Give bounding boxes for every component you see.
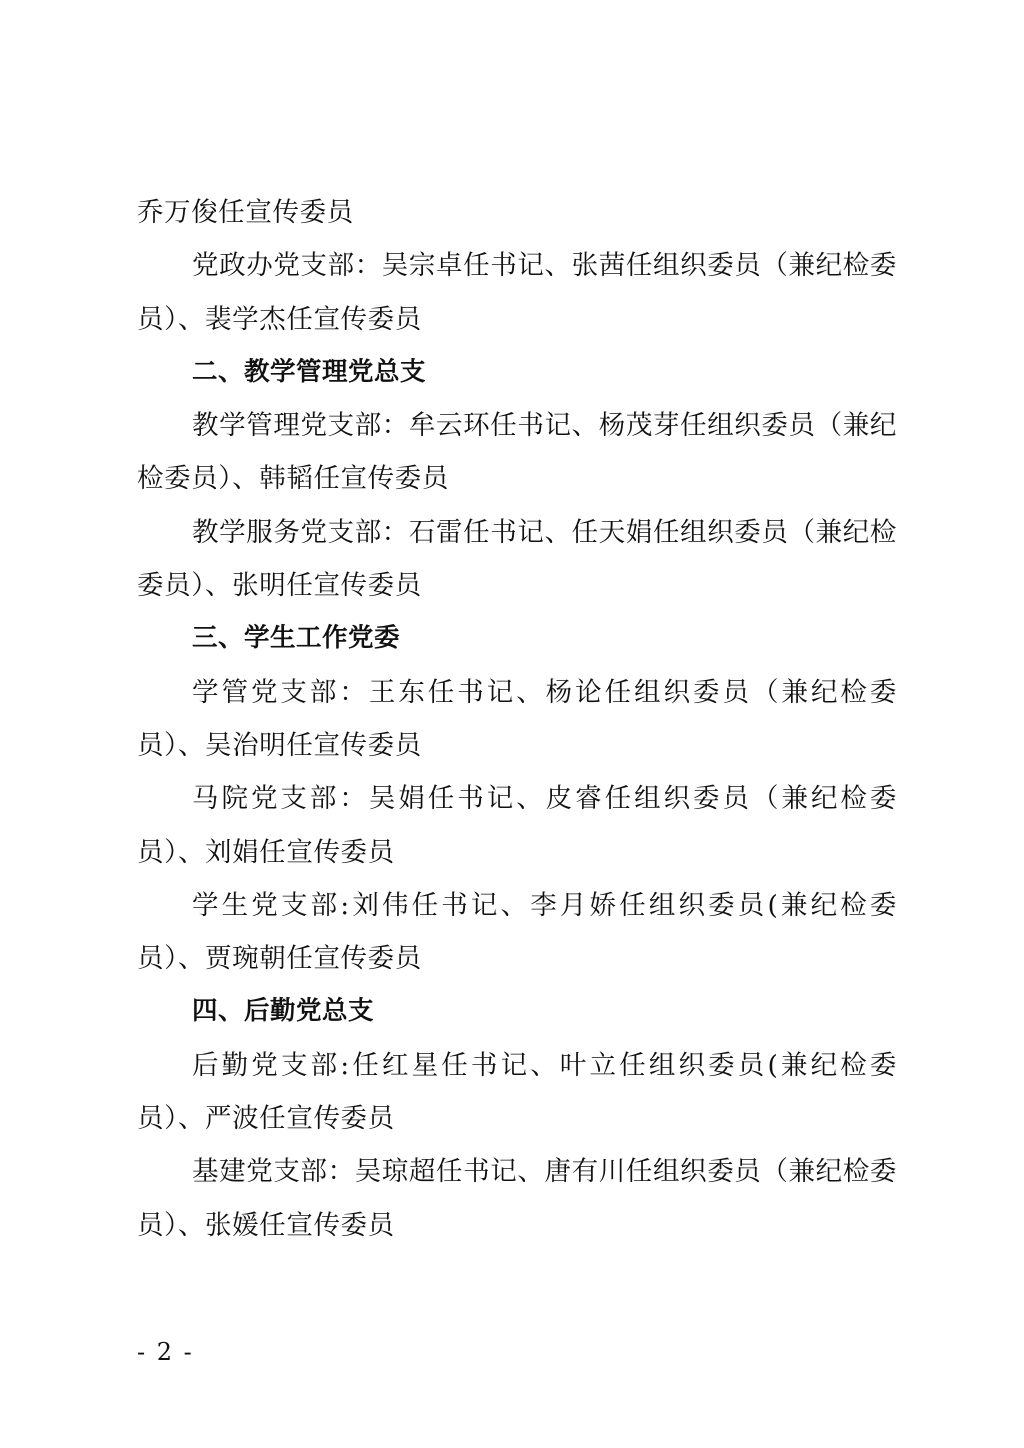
paragraph-xueguan-branch: 学管党支部：王东任书记、杨论任组织委员（兼纪检委员）、吴治明任宣传委员 [137,666,897,773]
paragraph-jiaoxue-fuwu-branch: 教学服务党支部：石雷任书记、任天娟任组织委员（兼纪检委员）、张明任宣传委员 [137,506,897,613]
paragraph-dangzhengban-branch: 党政办党支部：吴宗卓任书记、张茜任组织委员（兼纪检委员）、裴学杰任宣传委员 [137,239,897,346]
paragraph-xuesheng-branch: 学生党支部:刘伟任书记、李月娇任组织委员(兼纪检委员）、贾琬朝任宣传委员 [137,879,897,986]
document-page-body: 乔万俊任宣传委员 党政办党支部：吴宗卓任书记、张茜任组织委员（兼纪检委员）、裴学… [137,186,897,1252]
paragraph-mayuan-branch: 马院党支部：吴娟任书记、皮睿任组织委员（兼纪检委员）、刘娟任宣传委员 [137,772,897,879]
paragraph-continuation: 乔万俊任宣传委员 [137,186,897,239]
paragraph-jijian-branch: 基建党支部：吴琼超任书记、唐有川任组织委员（兼纪检委员）、张媛任宣传委员 [137,1145,897,1252]
paragraph-houqin-branch: 后勤党支部:任红星任书记、叶立任组织委员(兼纪检委员）、严波任宣传委员 [137,1039,897,1146]
section-heading-3: 三、学生工作党委 [137,612,897,665]
section-heading-2: 二、教学管理党总支 [137,346,897,399]
page-number: - 2 - [137,1338,194,1366]
section-heading-4: 四、后勤党总支 [137,985,897,1038]
paragraph-jiaoxue-guanli-branch: 教学管理党支部：牟云环任书记、杨茂芽任组织委员（兼纪检委员）、韩韬任宣传委员 [137,399,897,506]
